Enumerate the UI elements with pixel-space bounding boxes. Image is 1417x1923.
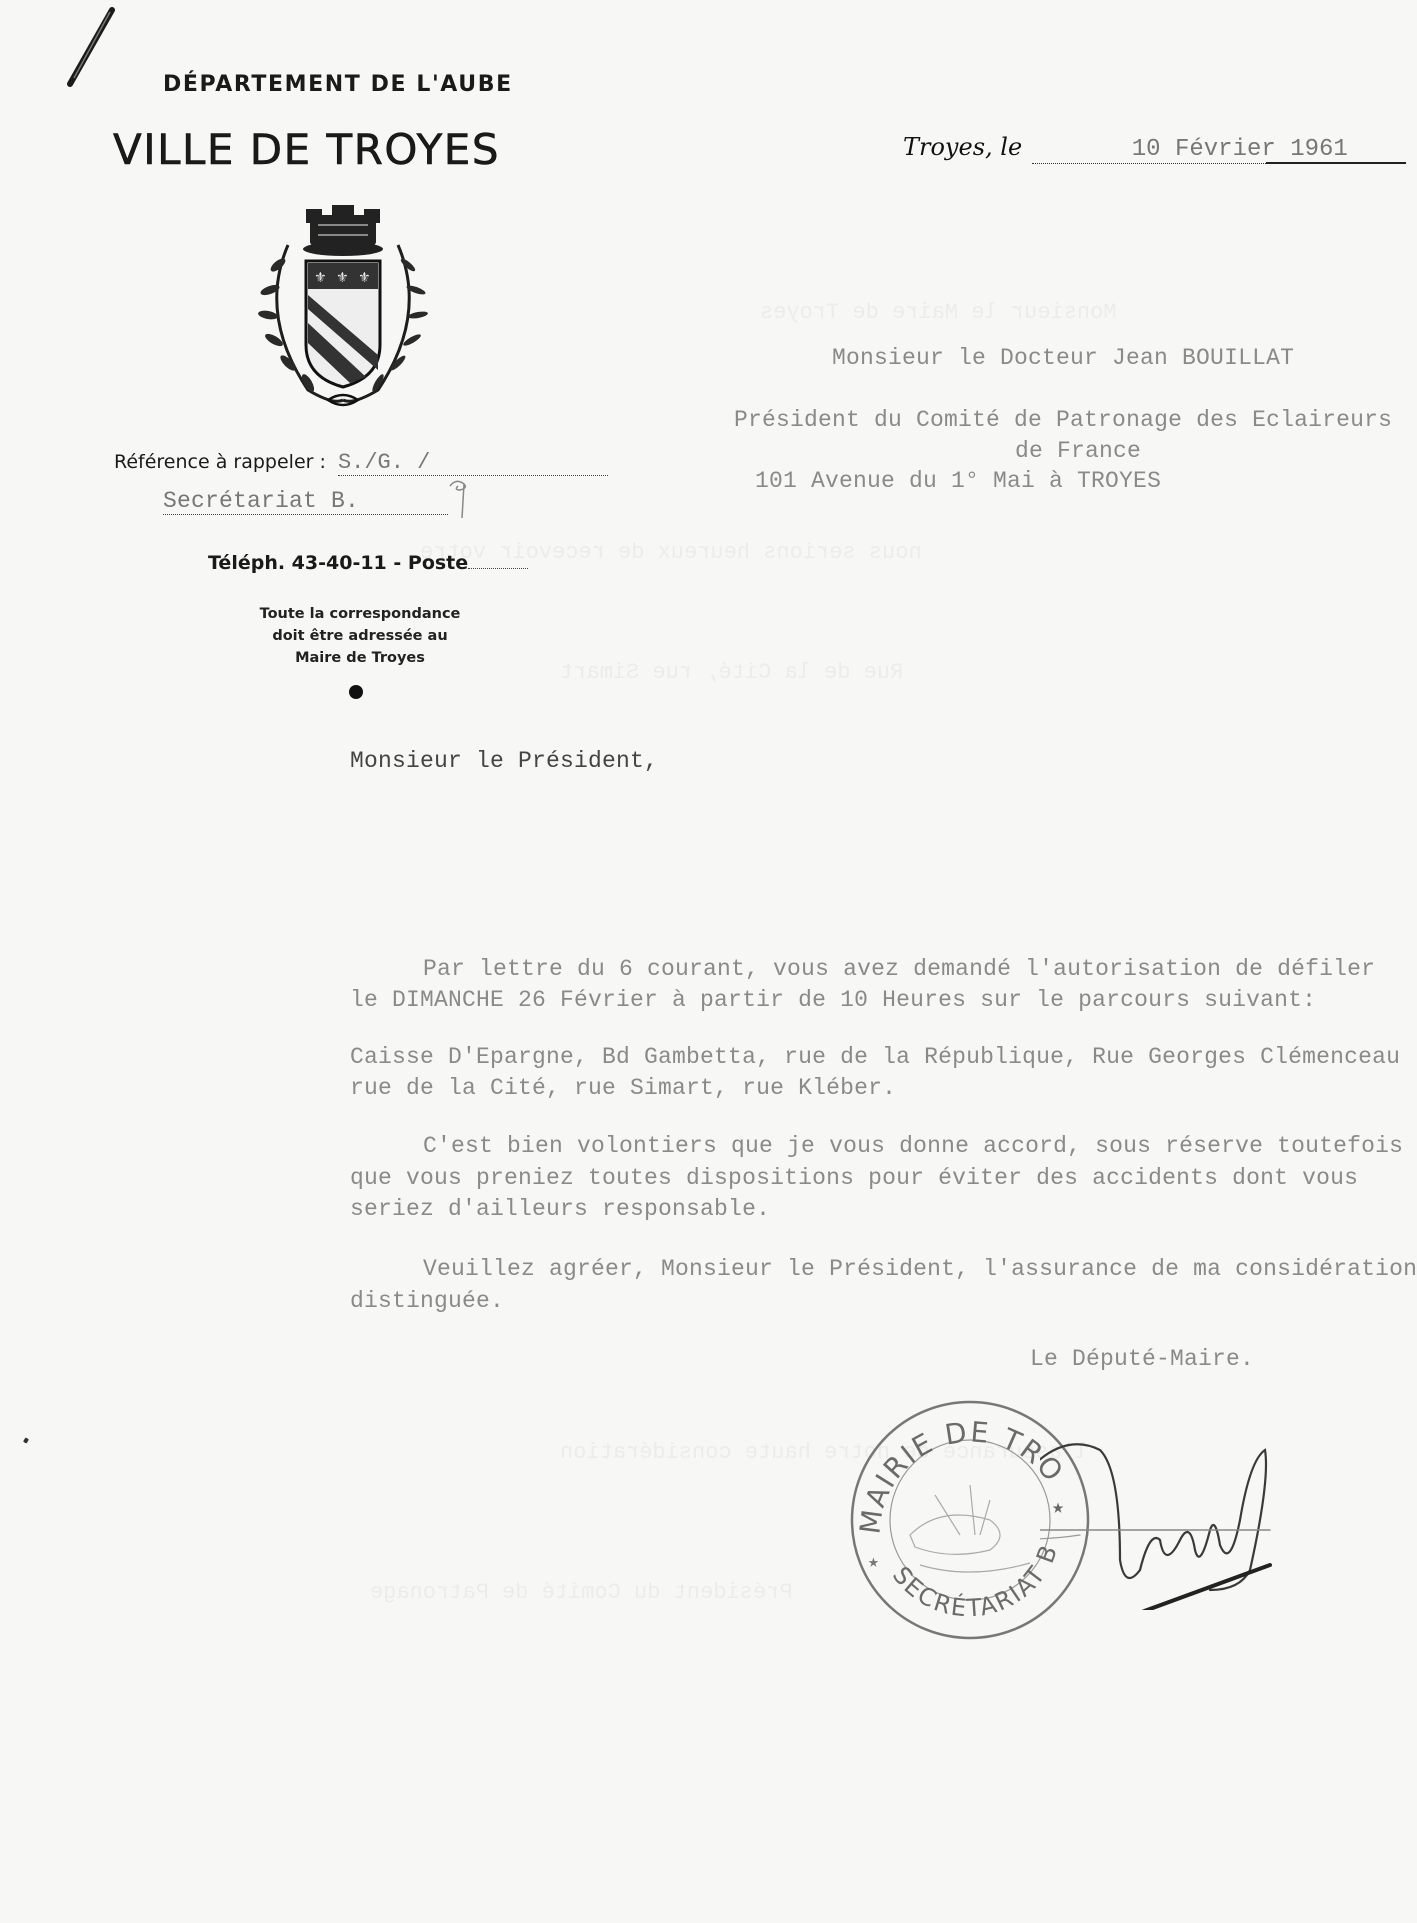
body-line: Veuillez agréer, Monsieur le Président, … bbox=[423, 1256, 1417, 1282]
svg-text:★: ★ bbox=[868, 1553, 879, 1573]
correspondence-note: Toute la correspondance doit être adress… bbox=[240, 603, 480, 669]
stamp-bottom-text: SECRÉTARIAT B bbox=[887, 1540, 1064, 1623]
handwritten-signature-icon bbox=[1040, 1420, 1340, 1610]
svg-text:⚜: ⚜ bbox=[336, 270, 349, 286]
show-through-text: Monsieur le Maire de Troyes bbox=[760, 300, 1116, 325]
body-line: C'est bien volontiers que je vous donne … bbox=[423, 1133, 1403, 1159]
reference-label: Référence à rappeler : bbox=[114, 451, 326, 473]
show-through-text: Président du Comité de Patronage bbox=[370, 1580, 792, 1605]
date-line: Troyes, le 10 Février 1961 bbox=[903, 133, 1402, 164]
addressee-address: 101 Avenue du 1° Mai à TROYES bbox=[755, 468, 1161, 494]
svg-text:MAIRIE DE TROYES: MAIRIE DE TROYES bbox=[840, 1385, 1070, 1536]
city-heading: VILLE DE TROYES bbox=[113, 125, 500, 174]
department-heading: DÉPARTEMENT DE L'AUBE bbox=[163, 72, 513, 97]
note-line: doit être adressée au bbox=[240, 625, 480, 647]
svg-text:SECRÉTARIAT B: SECRÉTARIAT B bbox=[887, 1540, 1064, 1623]
telephone-text: Téléph. 43-40-11 - Poste bbox=[208, 552, 468, 574]
note-line: Maire de Troyes bbox=[240, 647, 480, 669]
stamp-top-text: MAIRIE DE TROYES bbox=[840, 1385, 1070, 1536]
pen-mark-icon bbox=[60, 6, 120, 88]
service-value: Secrétariat B. bbox=[163, 488, 359, 514]
body-line: Caisse D'Epargne, Bd Gambetta, rue de la… bbox=[350, 1044, 1400, 1070]
body-line: rue de la Cité, rue Simart, rue Kléber. bbox=[350, 1075, 896, 1101]
body-line: le DIMANCHE 26 Février à partir de 10 He… bbox=[350, 987, 1316, 1013]
show-through-text: Rue de la Cité, rue Simart bbox=[560, 660, 903, 685]
body-line: distinguée. bbox=[350, 1288, 504, 1314]
coat-of-arms-icon: ⚜⚜⚜ bbox=[248, 205, 438, 415]
bullet-dot-icon bbox=[349, 685, 363, 699]
body-line: seriez d'ailleurs responsable. bbox=[350, 1196, 770, 1222]
addressee-title: Président du Comité de Patronage des Ecl… bbox=[734, 407, 1392, 433]
paper-speck bbox=[23, 1437, 29, 1443]
signoff: Le Député-Maire. bbox=[1030, 1346, 1254, 1372]
salutation: Monsieur le Président, bbox=[350, 748, 658, 774]
handwritten-mark-icon bbox=[446, 478, 476, 518]
reference-line: Référence à rappeler : S./G. / bbox=[114, 450, 608, 476]
addressee-name: Monsieur le Docteur Jean BOUILLAT bbox=[832, 345, 1294, 371]
telephone-line: Téléph. 43-40-11 - Poste bbox=[208, 552, 528, 574]
svg-text:⚜: ⚜ bbox=[314, 270, 327, 286]
date-value: 10 Février 1961 bbox=[1032, 136, 1402, 164]
service-line: Secrétariat B. bbox=[163, 488, 448, 515]
body-line: Par lettre du 6 courant, vous avez deman… bbox=[423, 956, 1375, 982]
reference-value: S./G. / bbox=[338, 450, 608, 476]
addressee-title-continued: de France bbox=[1015, 438, 1141, 464]
body-line: que vous preniez toutes dispositions pou… bbox=[350, 1165, 1358, 1191]
note-line: Toute la correspondance bbox=[240, 603, 480, 625]
date-label: Troyes, le bbox=[903, 133, 1022, 161]
svg-text:⚜: ⚜ bbox=[358, 270, 371, 286]
